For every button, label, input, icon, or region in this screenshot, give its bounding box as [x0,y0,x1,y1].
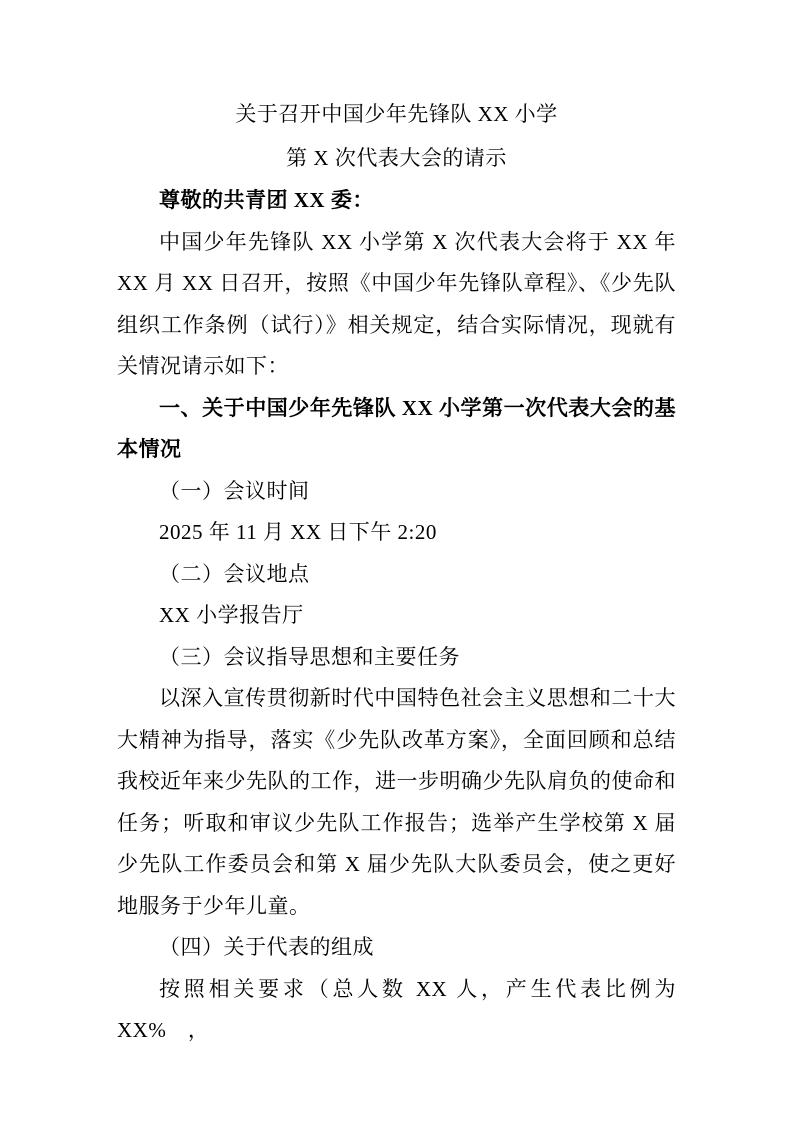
section-1-heading: 一、关于中国少年先锋队 XX 小学第一次代表大会的基本情况 [117,388,676,471]
document-title-line-2: 第 X 次代表大会的请示 [117,136,676,180]
section-1-item-1-label: （一）会议时间 [117,471,676,513]
section-1-item-2-body: XX 小学报告厅 [117,595,676,637]
document-title: 关于召开中国少年先锋队 XX 小学 第 X 次代表大会的请示 [117,92,676,180]
section-1-item-3-body: 以深入宣传贯彻新时代中国特色社会主义思想和二十大大精神为指导，落实《少先队改革方… [117,678,676,927]
document-page: 关于召开中国少年先锋队 XX 小学 第 X 次代表大会的请示 尊敬的共青团 XX… [0,0,793,1122]
intro-paragraph: 中国少年先锋队 XX 小学第 X 次代表大会将于 XX 年 XX 月 XX 日召… [117,222,676,388]
document-title-line-1: 关于召开中国少年先锋队 XX 小学 [117,92,676,136]
section-1-item-4-body: 按照相关要求（总人数 XX 人，产生代表比例为 XX% ， [117,969,676,1052]
salutation: 尊敬的共青团 XX 委： [117,180,676,222]
section-1-item-3-label: （三）会议指导思想和主要任务 [117,637,676,679]
section-1-item-4-label: （四）关于代表的组成 [117,927,676,969]
document-body: 尊敬的共青团 XX 委： 中国少年先锋队 XX 小学第 X 次代表大会将于 XX… [117,180,676,1052]
section-1-item-2-label: （二）会议地点 [117,554,676,596]
section-1-item-1-body: 2025 年 11 月 XX 日下午 2:20 [117,512,676,554]
